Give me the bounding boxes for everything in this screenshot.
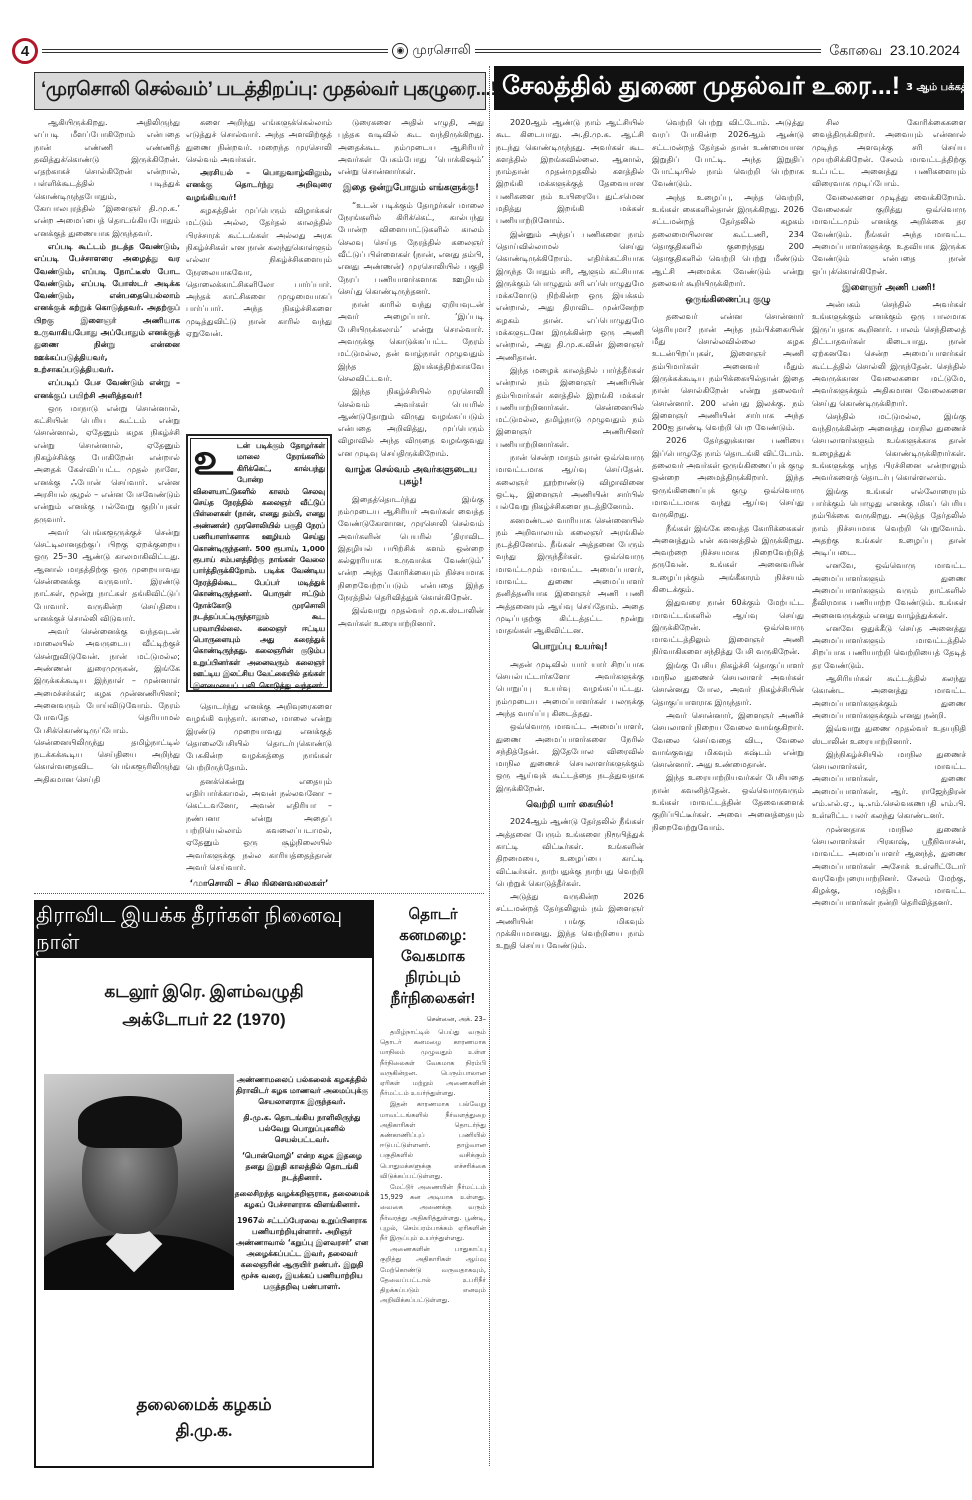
paragraph: இவ்வாறு துணை முதல்வர் உதயநிதி ஸ்டாலின் உ… [812,722,966,747]
paragraph: இன்னும் அந்தப் பணிகளை நாம் தொய்வில்லாமல்… [496,228,644,363]
paragraph: இங்கு பேசிய நிகழ்ச்சி தொகுப்பாளர் மாநில … [652,659,804,708]
murasoli-drum-icon: ◉ [392,43,408,59]
bio-line: தி.மு.க. தொடங்கிய நாளிலிருந்து பல்வேறு ப… [232,1112,372,1145]
left-article-headline: ‘முரசொலி செல்வம்’ படத்திறப்பு: முதல்வர் … [41,79,496,103]
left-article-col-2-top: களை அறிந்து எங்களுக்கெல்லாம் எடுத்துச் ச… [186,116,332,426]
paragraph: மேட்டூர் அணையின் நீர்மட்டம் 15,929 கன அட… [380,1182,486,1243]
paragraph: தமிழ்நாட்டில் பெய்து வரும் தொடர் கனமழை க… [380,1027,486,1098]
paragraph: அன்பகம் செந்தில் அவர்கள் உங்களுக்கும் என… [812,298,966,409]
paragraph: எனவே, ஒவ்வொரு மாவட்ட அமைப்பாளர்களும் துண… [812,559,966,620]
paragraph: டுரைகளை அதில் எழுதி, அது புத்தக வடிவில் … [338,116,484,177]
masthead-rule [475,49,821,53]
side-news-dateline: சென்னை, அக். 23– [380,1015,486,1024]
paragraph: அந்த உழைப்பு, அந்த வெற்றி, உங்கள் கைகளில… [652,191,804,289]
paragraph: அவர் சென்னைக்கு வந்தவுடன் மாலையில் அவருட… [34,625,180,785]
left-article-col-1: ஆகியிருக்கிறது. அதிலிருந்து எப்படி மீளப்… [34,116,180,886]
right-article-headline-bar: சேலத்தில் துணை முதல்வர் உரை...! 3 ஆம் பக… [494,66,964,110]
left-article-col-2-bottom: தொடர்ந்து எனக்கு அறிவுரைகளை வழங்கி வந்தா… [186,700,332,886]
paragraph: அவர் சொன்னார், இளைஞர் அணிச் செயலாளர் நிற… [652,709,804,770]
masthead: 4 ◉ முரசொலி கோவை 23.10.2024 [12,36,960,66]
subheading: ஒருங்கிணைப்பு குழு [652,294,804,306]
paragraph: ஆகியிருக்கிறது. அதிலிருந்து எப்படி மீளப்… [34,116,180,239]
subheading: பொறுப்பு உயர்வு! [496,641,644,653]
paragraph: இங்கு உங்கள் எல்லோரையும் பார்க்கும் பொழு… [812,485,966,559]
paragraph: “உடன் படிக்கும் தோழர்கள் மாலை நேரங்களில்… [338,199,484,297]
bio-line: அண்ணாமலைப் பல்கலைக் கழகத்தில் திராவிடர் … [232,1074,372,1107]
right-article-col-1: 2020ஆம் ஆண்டு நாம் ஆட்சியில் கூட கிடையாத… [496,116,644,1494]
tribute-date: அக்டோபர் 22 (1970) [36,1010,372,1032]
paragraph: இந்த உரையாற்றியவர்கள் பேசியதை நான் கவனித… [652,771,804,832]
paragraph: இதுவரை நான் 60க்கும் மேற்பட்ட மாவட்டங்கள… [652,596,804,657]
tribute-bio: அண்ணாமலைப் பல்கலைக் கழகத்தில் திராவிடர் … [232,1074,372,1297]
paragraph: எப்படிப் பேச வேண்டும் என்று – எனக்குப் ப… [34,376,180,401]
paragraph: நான் காரில் வந்து ஏறியவுடன் அவர் அழைப்பா… [338,298,484,384]
edition-date: கோவை 23.10.2024 [825,42,960,61]
drop-cap: உ [193,440,233,480]
subheading: ‘முரசொலி – சில நினைவலைகள்’ பொக்கிஷம் என … [186,878,332,886]
paragraph: இந்நிகழ்ச்சியில் மாநில துணைச் செயலாளர்கள… [812,748,966,822]
paragraph: சில கோரிக்கைகளை வைத்திருக்கிறார். அவையும… [812,116,966,190]
paragraph: எப்படி கூட்டம் நடத்த வேண்டும், எப்படி பே… [34,240,180,375]
right-article-col-2: வெற்றி பெற்று விட்டோம். அடுத்து வரப் போக… [652,116,804,1494]
paragraph: இந்த நிகழ்ச்சியில் முரசொலி செல்வம் அவர்க… [338,385,484,459]
side-news-article: தொடர் கனமழை: வேகமாக நிரம்பும் நீர்நிலைகள… [380,900,486,1470]
tribute-banner: திராவிட இயக்க தீரர்கள் நினைவு நாள் [36,902,372,958]
paragraph: ஒரு மாநாடு என்று சொன்னால், கட்சியின் பெர… [34,402,180,525]
masthead-rule [42,49,388,53]
paragraph: கனமண்டல வாரியாக சென்னையில் நம் அறிவாலயம்… [496,514,644,637]
paragraph: களை அறிந்து எங்களுக்கெல்லாம் எடுத்துச் ச… [186,116,332,165]
right-article-col-3: சில கோரிக்கைகளை வைத்திருக்கிறார். அவையும… [812,116,966,1494]
subheading: இளைஞர் அணி பணி! [812,282,966,294]
pull-quote-box: உ டன் படிக்கும் தோழர்கள் மாலை நேரங்களில்… [186,434,332,692]
paragraph: கழகத்தின் முப்பெரும் விழாக்கள் மட்டும் அ… [186,204,332,339]
subheading: அரசியல் – பொதுவாழ்விலும், எனக்கு தொடர்ந்… [186,166,332,203]
paragraph: தொடர்ந்து எனக்கு அறிவுரைகளை வழங்கி வந்தா… [186,700,332,774]
paragraph: அடுத்து வருகின்ற 2026 சட்டமன்றத் தேர்தலி… [496,890,644,951]
footer-party: தி.மு.க. [36,1418,372,1444]
paragraph: நீங்கள் இங்கே வைத்த கோரிக்கைகள் அனைத்தும… [652,522,804,596]
paragraph: தலைவர் என்ன சொன்னார் தெரியுமா? நான் அந்த… [652,310,804,433]
edition-name: கோவை [829,42,882,58]
side-news-title: தொடர் கனமழை: வேகமாக நிரம்பும் நீர்நிலைகள… [380,904,486,1009]
paragraph: வேலைகளை முடித்து வைக்கிறோம். வேலைகள் குற… [812,191,966,277]
footer-org: தலைமைக் கழகம் [36,1392,372,1418]
left-article-headline-bar: ‘முரசொலி செல்வம்’ படத்திறப்பு: முதல்வர் … [34,72,486,110]
bio-line: தலைசிறந்த வழக்கறிஞராக, தலைமைக் கழகப் பேச… [232,1188,372,1210]
tribute-footer: தலைமைக் கழகம் தி.மு.க. [36,1392,372,1444]
paragraph: 2020ஆம் ஆண்டு நாம் ஆட்சியில் கூட கிடையாத… [496,116,644,227]
paragraph: தனக்கென்று எதையும் எதிர்பார்க்காமல், அவன… [186,775,332,873]
side-news-body: தமிழ்நாட்டில் பெய்து வரும் தொடர் கனமழை க… [380,1027,486,1305]
left-article-col-3: டுரைகளை அதில் எழுதி, அது புத்தக வடிவில் … [338,116,484,886]
bio-line: 1967ல் சட்டப்பேரவை உறுப்பினராக பணியாற்றி… [232,1215,372,1292]
paragraph: இதன் காரணமாக பல்வேறு மாவட்டங்களில் நீர்வ… [380,1099,486,1181]
paragraph: இவ்வாறு முதல்வர் மு.க.ஸ்டாலின் அவர்கள் உ… [338,604,484,629]
paragraph: ஆசிரியர்கள் கூட்டத்தில் கலந்து கொண்ட அனை… [812,672,966,721]
portrait-photo [44,1074,234,1290]
tribute-advertisement: திராவிட இயக்க தீரர்கள் நினைவு நாள் கடலூர… [34,900,374,1468]
column-divider [489,66,490,1466]
paragraph: நான் சென்ற மாதம் தான் ஒவ்வொரு மாவட்டமாக … [496,451,644,512]
paragraph: அவர் பெங்களூருக்குச் சென்று செட்டிலானதற்… [34,526,180,624]
subheading: இதை ஒன்றுபோதும் எங்களுக்கு! [338,182,484,194]
paragraph: 2026 தேர்தலுக்கான பணியை இப்பொழுதே நாம் த… [652,434,804,520]
paragraph: வெற்றி பெற்று விட்டோம். அடுத்து வரப் போக… [652,116,804,190]
paper-logo: ◉ முரசொலி [392,43,471,59]
section-divider [34,893,484,894]
subheading: வாழ்க செல்வம் அவர்களுடைய புகழ்! [338,464,484,489]
right-article-continuation: 3 ஆம் பக்கத் தொடர்ச்சி [906,82,972,94]
right-article-headline: சேலத்தில் துணை முதல்வர் உரை...! [502,72,900,104]
paragraph: இந்த மழைக் காலத்தில் பார்த்தீர்கள் என்றா… [496,364,644,450]
bio-line: ‘பொன்மொழி’ என்ற கழக இதழை தனது இறுதி காலத… [232,1150,372,1183]
paragraph: செந்தில் மட்டுமல்ல, இங்கு வந்திருக்கின்ற… [812,410,966,484]
page-number: 4 [12,38,38,64]
paper-name: முரசொலி [412,43,471,59]
paragraph: அணைகளின் பாதுகாப்பு குறித்து அதிகாரிகள் … [380,1244,486,1305]
paragraph: இதைத்தொடர்ந்து இங்கு நம்முடைய ஆசிரியர் அ… [338,493,484,604]
tribute-person-name: கடலூர் இரெ. இளம்வழுதி [36,982,372,1004]
subheading: வெற்றி யார் கையில்! [496,799,644,811]
paragraph: எனவே ஒதுக்கீடு செய்த அனைத்து அமைப்பாளர்க… [812,622,966,671]
issue-date: 23.10.2024 [890,42,960,58]
paragraph: 2024ஆம் ஆண்டு தேர்தலில் நீங்கள் அத்தனை ப… [496,815,644,889]
paragraph: அதன் முடிவில் யார் யார் சிறப்பாக செயல்பட… [496,658,644,719]
paragraph: ஒவ்வொரு மாவட்ட அமைப்பாளர், துணை அமைப்பாள… [496,720,644,794]
paragraph: முன்னதாக மாநில துணைச் செயலாளர்கள் பிரகாஷ… [812,823,966,909]
